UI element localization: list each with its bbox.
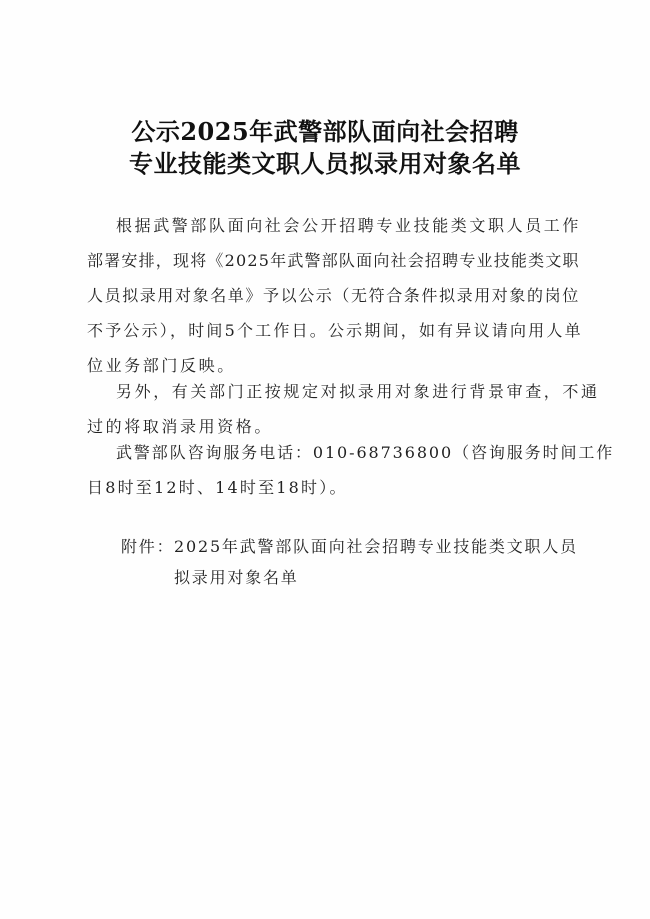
paragraph-line: 位业务部门反映。 (87, 356, 236, 376)
contact-phone-line: 武警部队咨询服务电话：010-68736800（咨询服务时间工作 (116, 443, 614, 463)
paragraph-line: 根据武警部队面向社会公开招聘专业技能类文职人员工作 (116, 216, 581, 236)
attachment-title-line-2: 拟录用对象名单 (174, 568, 299, 588)
attachment-label: 附件： (121, 537, 174, 557)
paragraph-line: 另外，有关部门正按规定对拟录用对象进行背景审查，不通 (116, 382, 600, 402)
attachment-title-line-1: 2025年武警部队面向社会招聘专业技能类文职人员 (174, 537, 578, 557)
paragraph-line: 不予公示），时间5个工作日。公示期间，如有异议请向用人单 (87, 321, 583, 341)
document-title-line-2: 专业技能类文职人员拟录用对象名单 (0, 148, 650, 180)
document-title-line-1: 公示2025年武警部队面向社会招聘 (0, 116, 650, 148)
document-page: 公示2025年武警部队面向社会招聘 专业技能类文职人员拟录用对象名单 根据武警部… (0, 0, 650, 919)
paragraph-line: 人员拟录用对象名单》予以公示（无符合条件拟录用对象的岗位 (87, 286, 580, 306)
service-hours-line: 日8时至12时、14时至18时）。 (87, 478, 348, 498)
paragraph-line: 部署安排，现将《2025年武警部队面向社会招聘专业技能类文职 (87, 251, 580, 271)
paragraph-line: 过的将取消录用资格。 (87, 417, 273, 437)
